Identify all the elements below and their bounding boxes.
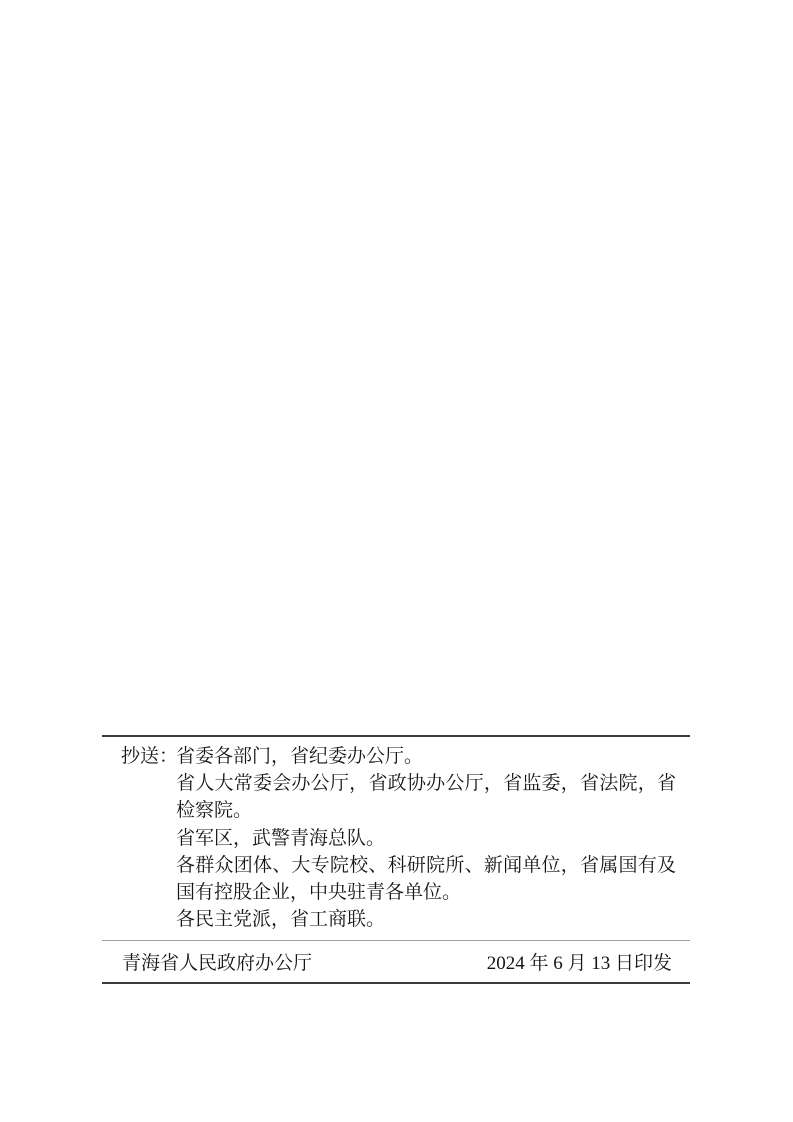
bottom-rule (102, 982, 690, 984)
cc-entry: 省人大常委会办公厅，省政协办公厅，省监委，省法院，省检察院。 (176, 770, 676, 824)
cc-entry: 省军区，武警青海总队。 (176, 825, 676, 852)
issuer-name: 青海省人民政府办公厅 (122, 948, 312, 975)
cc-entries: 省委各部门，省纪委办公厅。 省人大常委会办公厅，省政协办公厅，省监委，省法院，省… (176, 743, 676, 933)
document-page: 抄送： 省委各部门，省纪委办公厅。 省人大常委会办公厅，省政协办公厅，省监委，省… (0, 0, 793, 1122)
document-footer-block: 抄送： 省委各部门，省纪委办公厅。 省人大常委会办公厅，省政协办公厅，省监委，省… (102, 735, 690, 984)
cc-entry: 省委各部门，省纪委办公厅。 (176, 743, 676, 770)
print-date: 2024 年 6 月 13 日印发 (487, 948, 672, 975)
cc-section: 抄送： 省委各部门，省纪委办公厅。 省人大常委会办公厅，省政协办公厅，省监委，省… (102, 737, 690, 940)
issuer-row: 青海省人民政府办公厅 2024 年 6 月 13 日印发 (102, 941, 690, 982)
cc-entry: 各群众团体、大专院校、科研院所、新闻单位，省属国有及国有控股企业，中央驻青各单位… (176, 852, 676, 906)
cc-entry: 各民主党派，省工商联。 (176, 906, 676, 933)
cc-label: 抄送： (121, 743, 176, 770)
